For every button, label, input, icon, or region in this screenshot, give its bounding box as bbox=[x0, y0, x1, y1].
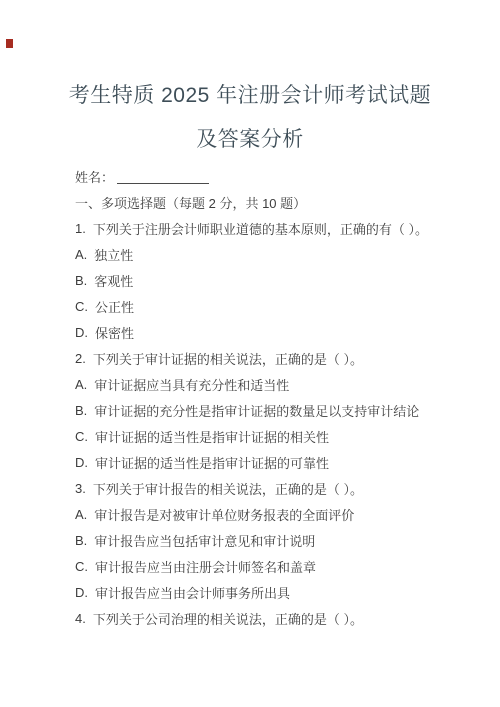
question-4: 4. 下列关于公司治理的相关说法，正确的是（ ）。 bbox=[75, 605, 450, 631]
option-letter: A. bbox=[75, 507, 87, 522]
option-text: 客观性 bbox=[94, 271, 133, 290]
option-letter: D. bbox=[75, 325, 88, 340]
question-3-option-b: B. 审计报告应当包括审计意见和审计说明 bbox=[75, 527, 450, 553]
question-1-option-c: C. 公正性 bbox=[75, 293, 450, 319]
question-3-option-c: C. 审计报告应当由注册会计师签名和盖章 bbox=[75, 553, 450, 579]
option-text: 审计报告是对被审计单位财务报表的全面评价 bbox=[94, 505, 354, 524]
option-letter: D. bbox=[75, 455, 88, 470]
document-body: 姓名： 一、多项选择题（每题 2 分，共 10 题） 1. 下列关于注册会计师职… bbox=[75, 163, 450, 631]
question-1-option-d: D. 保密性 bbox=[75, 319, 450, 345]
question-3: 3. 下列关于审计报告的相关说法，正确的是（ ）。 bbox=[75, 475, 450, 501]
option-text: 独立性 bbox=[94, 245, 133, 264]
option-text: 审计报告应当由会计师事务所出具 bbox=[95, 583, 290, 602]
option-text: 保密性 bbox=[95, 323, 134, 342]
question-number: 2. bbox=[75, 351, 86, 366]
question-1-option-b: B. 客观性 bbox=[75, 267, 450, 293]
question-3-option-a: A. 审计报告是对被审计单位财务报表的全面评价 bbox=[75, 501, 450, 527]
option-letter: D. bbox=[75, 585, 88, 600]
document-title-line-1: 考生特质 2025 年注册会计师考试试题 bbox=[0, 74, 500, 118]
section-header: 一、多项选择题（每题 2 分，共 10 题） bbox=[75, 189, 450, 215]
option-text: 审计证据应当具有充分性和适当性 bbox=[94, 375, 289, 394]
red-corner-marker bbox=[6, 39, 13, 48]
option-text: 审计证据的适当性是指审计证据的相关性 bbox=[95, 427, 329, 446]
exam-document-page: 考生特质 2025 年注册会计师考试试题 及答案分析 姓名： 一、多项选择题（每… bbox=[0, 0, 500, 707]
option-letter: C. bbox=[75, 429, 88, 444]
question-number: 4. bbox=[75, 611, 86, 626]
option-letter: C. bbox=[75, 559, 88, 574]
name-blank-field bbox=[117, 169, 209, 184]
document-title-line-2: 及答案分析 bbox=[0, 118, 500, 162]
option-text: 审计报告应当包括审计意见和审计说明 bbox=[94, 531, 315, 550]
question-number: 1. bbox=[75, 221, 86, 236]
option-text: 审计证据的适当性是指审计证据的可靠性 bbox=[95, 453, 329, 472]
question-number: 3. bbox=[75, 481, 86, 496]
document-title: 考生特质 2025 年注册会计师考试试题 及答案分析 bbox=[0, 0, 500, 162]
question-2-option-c: C. 审计证据的适当性是指审计证据的相关性 bbox=[75, 423, 450, 449]
option-text: 审计证据的充分性是指审计证据的数量足以支持审计结论 bbox=[94, 401, 419, 420]
name-label: 姓名： bbox=[75, 167, 114, 186]
option-letter: B. bbox=[75, 533, 87, 548]
option-letter: A. bbox=[75, 247, 87, 262]
question-1: 1. 下列关于注册会计师职业道德的基本原则，正确的有（ ）。 bbox=[75, 215, 450, 241]
option-text: 公正性 bbox=[95, 297, 134, 316]
name-row: 姓名： bbox=[75, 163, 450, 189]
question-2-option-d: D. 审计证据的适当性是指审计证据的可靠性 bbox=[75, 449, 450, 475]
question-2: 2. 下列关于审计证据的相关说法，正确的是（ ）。 bbox=[75, 345, 450, 371]
question-1-option-a: A. 独立性 bbox=[75, 241, 450, 267]
question-text: 下列关于注册会计师职业道德的基本原则，正确的有（ ）。 bbox=[93, 219, 428, 238]
question-3-option-d: D. 审计报告应当由会计师事务所出具 bbox=[75, 579, 450, 605]
option-letter: B. bbox=[75, 273, 87, 288]
question-text: 下列关于审计证据的相关说法，正确的是（ ）。 bbox=[93, 349, 363, 368]
question-text: 下列关于审计报告的相关说法，正确的是（ ）。 bbox=[93, 479, 363, 498]
section-header-label: 一、多项选择题（每题 2 分，共 10 题） bbox=[75, 193, 306, 212]
option-letter: A. bbox=[75, 377, 87, 392]
question-2-option-a: A. 审计证据应当具有充分性和适当性 bbox=[75, 371, 450, 397]
question-text: 下列关于公司治理的相关说法，正确的是（ ）。 bbox=[93, 609, 363, 628]
option-text: 审计报告应当由注册会计师签名和盖章 bbox=[95, 557, 316, 576]
option-letter: C. bbox=[75, 299, 88, 314]
option-letter: B. bbox=[75, 403, 87, 418]
question-2-option-b: B. 审计证据的充分性是指审计证据的数量足以支持审计结论 bbox=[75, 397, 450, 423]
